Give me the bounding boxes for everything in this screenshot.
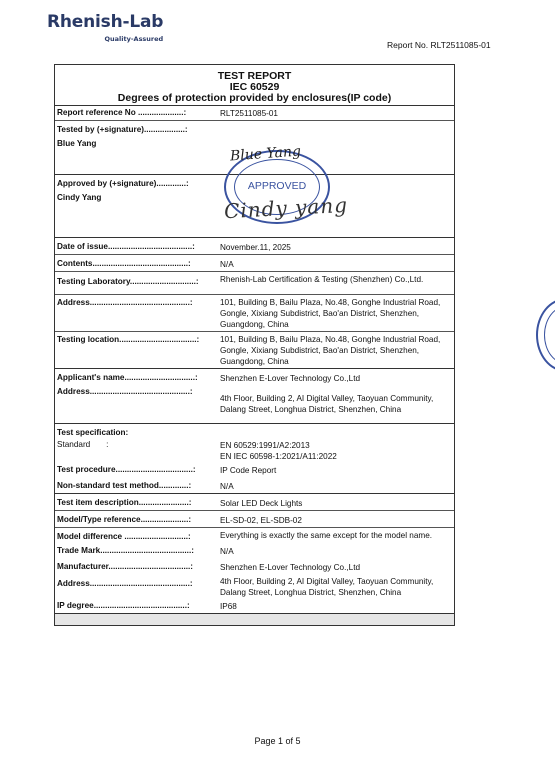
ip-degree-value: IP68	[220, 599, 454, 613]
non-standard-value: N/A	[220, 477, 454, 493]
logo-tagline: Quality-Assured	[47, 35, 163, 43]
row-applicant-address: Address.................................…	[55, 385, 454, 424]
applicant-name-value: Shenzhen E-Lover Technology Co.,Ltd	[220, 369, 454, 385]
applicant-address-line: 4th Floor, Building 2, AI Digital Valley…	[220, 393, 454, 404]
row-ip-degree: IP degree...............................…	[55, 599, 454, 614]
lab-address-label: Address.................................…	[55, 295, 220, 331]
report-ref-value: RLT2511085-01	[220, 106, 454, 120]
company-logo: Rhenish-Lab Quality-Assured	[47, 12, 163, 43]
test-item-value: Solar LED Deck Lights	[220, 494, 454, 510]
tested-by-label: Tested by (+signature)..................…	[57, 123, 220, 137]
standard-label: Standard :	[55, 438, 220, 463]
testing-location-line: Gongle, Xixiang Subdistrict, Bao'an Dist…	[220, 345, 454, 356]
row-model-ref: Model/Type reference....................…	[55, 511, 454, 528]
testing-location-label: Testing location........................…	[55, 332, 220, 368]
date-label: Date of issue...........................…	[55, 238, 220, 254]
manufacturer-label: Manufacturer............................…	[55, 558, 220, 574]
test-item-label: Test item description...................…	[55, 494, 220, 510]
model-diff-label: Model difference .......................…	[55, 528, 220, 542]
row-lab-address: Address.................................…	[55, 295, 454, 332]
report-number: Report No. RLT2511085-01	[387, 40, 491, 50]
lab-address-line: Gongle, Xixiang Subdistrict, Bao'an Dist…	[220, 308, 454, 319]
approved-by-name: Cindy Yang	[57, 191, 220, 205]
mfr-address-label: Address.................................…	[55, 574, 220, 599]
applicant-address-label: Address.................................…	[55, 385, 220, 423]
row-test-spec: Test specification:	[55, 424, 454, 438]
tested-by-name: Blue Yang	[57, 137, 220, 151]
row-testing-location: Testing location........................…	[55, 332, 454, 369]
non-standard-label: Non-standard test method.............:	[55, 477, 220, 493]
row-test-procedure: Test procedure..........................…	[55, 463, 454, 477]
test-procedure-label: Test procedure..........................…	[55, 463, 220, 477]
contents-value: N/A	[220, 255, 454, 271]
test-procedure-value: IP Code Report	[220, 463, 454, 477]
row-report-ref: Report reference No ....................…	[55, 106, 454, 121]
applicant-address-line: Dalang Street, Longhua District, Shenzhe…	[220, 404, 454, 415]
mfr-address-line: 4th Floor, Building 2, AI Digital Valley…	[220, 576, 454, 587]
report-title: TEST REPORT IEC 60529 Degrees of protect…	[55, 65, 454, 106]
row-mfr-address: Address.................................…	[55, 574, 454, 599]
applicant-name-label: Applicant's name........................…	[55, 369, 220, 385]
ip-degree-label: IP degree...............................…	[55, 599, 220, 613]
test-spec-label: Test specification:	[55, 424, 220, 438]
standard-line: EN IEC 60598-1:2021/A11:2022	[220, 451, 454, 462]
manufacturer-value: Shenzhen E-Lover Technology Co.,Ltd	[220, 558, 454, 574]
date-value: November.11, 2025	[220, 238, 454, 254]
row-trade-mark: Trade Mark..............................…	[55, 542, 454, 558]
row-date-of-issue: Date of issue...........................…	[55, 238, 454, 255]
row-manufacturer: Manufacturer............................…	[55, 558, 454, 574]
row-applicant-name: Applicant's name........................…	[55, 369, 454, 385]
model-ref-value: EL-SD-02, EL-SDB-02	[220, 511, 454, 527]
row-testing-lab: Testing Laboratory......................…	[55, 272, 454, 295]
contents-label: Contents................................…	[55, 255, 220, 271]
testing-location-line: 101, Building B, Bailu Plaza, No.48, Gon…	[220, 334, 454, 345]
table-footer-bar	[55, 614, 454, 626]
approved-by-label: Approved by (+signature).............:	[57, 177, 220, 191]
row-test-item: Test item description...................…	[55, 494, 454, 511]
testing-location-line: Guangdong, China	[220, 356, 454, 367]
row-standard: Standard : EN 60529:1991/A2:2013 EN IEC …	[55, 438, 454, 463]
logo-name: Rhenish-Lab	[47, 12, 163, 32]
stamp-text: APPROVED	[226, 180, 328, 192]
page-number: Page 1 of 5	[0, 736, 555, 746]
row-non-standard: Non-standard test method.............: N…	[55, 477, 454, 494]
model-diff-value: Everything is exactly the same except fo…	[220, 528, 454, 542]
lab-address-line: Guangdong, China	[220, 319, 454, 330]
mfr-address-line: Dalang Street, Longhua District, Shenzhe…	[220, 587, 454, 598]
report-ref-label: Report reference No ....................…	[55, 106, 220, 120]
testing-lab-value: Rhenish-Lab Certification & Testing (She…	[220, 272, 454, 294]
row-contents: Contents................................…	[55, 255, 454, 272]
testing-lab-label: Testing Laboratory......................…	[55, 272, 220, 294]
model-ref-label: Model/Type reference....................…	[55, 511, 220, 527]
page-edge-stamp	[536, 298, 555, 372]
title-line-3: Degrees of protection provided by enclos…	[55, 93, 454, 104]
lab-address-line: 101, Building B, Bailu Plaza, No.48, Gon…	[220, 297, 454, 308]
trade-mark-label: Trade Mark..............................…	[55, 542, 220, 558]
trade-mark-value: N/A	[220, 542, 454, 558]
standard-line: EN 60529:1991/A2:2013	[220, 440, 454, 451]
row-model-diff: Model difference .......................…	[55, 528, 454, 542]
